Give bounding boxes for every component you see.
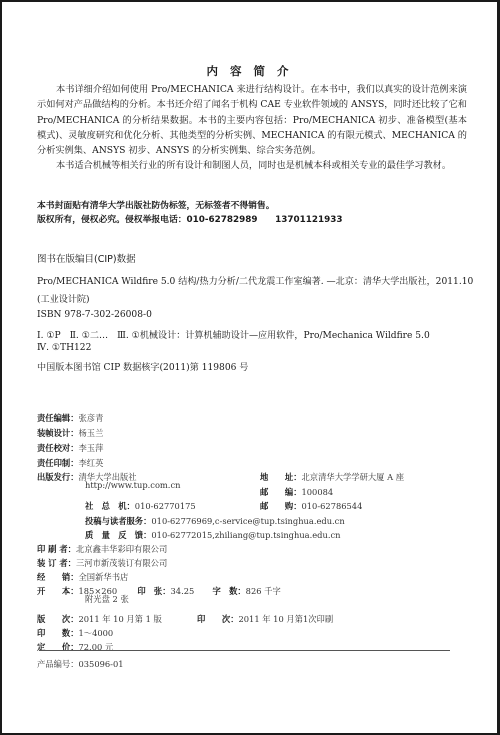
publisher-website: http://www.tup.com.cn: [85, 480, 180, 490]
intro-paragraph-1: 本书详细介绍如何使用 Pro/MECHANICA 来进行结构设计。在本书中，我们…: [37, 82, 467, 158]
intro-section: 本书详细介绍如何使用 Pro/MECHANICA 来进行结构设计。在本书中，我们…: [37, 82, 467, 174]
format-label: 开 本：: [37, 586, 79, 596]
sheets-label: 印 张：: [137, 586, 170, 596]
price-row: 定 价：72.00 元: [37, 635, 113, 654]
sheets-value: 34.25: [171, 586, 195, 596]
copyright-page: 内 容 简 介 本书详细介绍如何使用 Pro/MECHANICA 来进行结构设计…: [0, 0, 500, 735]
credit-label: 出版发行：: [37, 472, 79, 482]
intro-paragraph-2: 本书适合机械等相关行业的所有设计和制图人员，同时也是机械本科或相关专业的最佳学习…: [37, 158, 467, 173]
cip-series: (工业设计院): [37, 292, 90, 305]
anti-counterfeit-notice: 本书封面贴有清华大学出版社防伪标签，无标签者不得销售。: [37, 198, 275, 211]
impression-value: 2011 年 10 月第1次印刷: [239, 614, 334, 624]
product-code: 产品编号：035096-01: [37, 658, 124, 670]
cip-library-record: 中国版本图书馆 CIP 数据核字(2011)第 119806 号: [37, 360, 248, 373]
words-value: 826 千字: [246, 586, 281, 596]
cip-classification: Ⅳ. ①TH122: [37, 343, 91, 353]
cip-heading: 图书在版编目(CIP)数据: [37, 251, 136, 265]
separator-line: [39, 650, 450, 651]
cip-subjects: Ⅰ. ①P Ⅱ. ①二… Ⅲ. ①机械设计：计算机辅助设计—应用软件，Pro/M…: [37, 328, 430, 341]
copyright-notice: 版权所有，侵权必究。侵权举报电话：010-62782989 1370112193…: [37, 212, 342, 225]
format-row: 开 本：185×260 印 张：34.25 字 数：826 千字: [37, 579, 281, 598]
feedback-value: 010-62772015,zhiliang@tup.tsinghua.edu.c…: [151, 530, 340, 540]
page-title: 内 容 简 介: [2, 63, 497, 79]
attachment-note: 附光盘 2 张: [85, 593, 129, 605]
cip-isbn: ISBN 978-7-302-26008-0: [37, 310, 152, 320]
impression-label: 印 次：: [197, 614, 239, 624]
impression-row: 印 次：2011 年 10 月第1次印刷: [197, 607, 333, 626]
words-label: 字 数：: [212, 586, 245, 596]
cip-entry: Pro/MECHANICA Wildfire 5.0 结构/热力分析/二代龙震工…: [37, 274, 473, 287]
